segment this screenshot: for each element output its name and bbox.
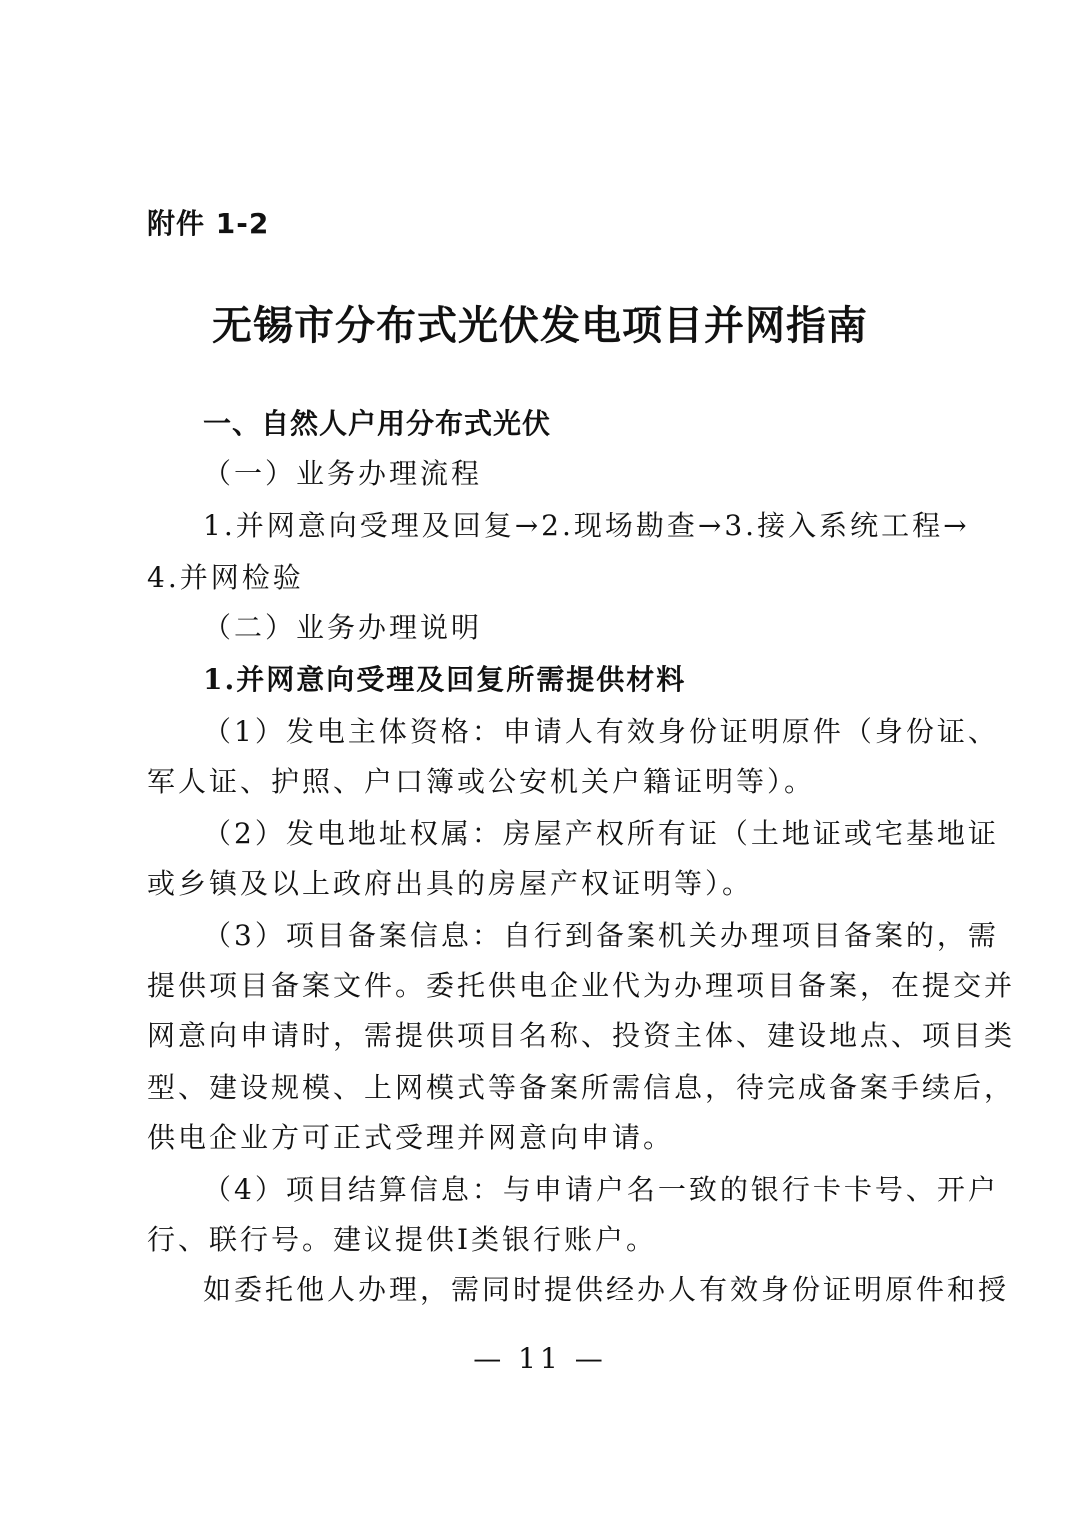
flow-line: 1.并网意向受理及回复→2.现场勘查→3.接入系统工程→ [203, 508, 947, 544]
paragraph-line: 型、建设规模、上网模式等备案所需信息，待完成备案手续后， [147, 1070, 947, 1106]
paragraph-line: 如委托他人办理，需同时提供经办人有效身份证明原件和授 [203, 1272, 947, 1308]
paragraph-line: 或乡镇及以上政府出具的房屋产权证明等）。 [147, 866, 947, 902]
attachment-label: 附件 1-2 [147, 202, 269, 242]
paragraph-line: （3）项目备案信息：自行到备案机关办理项目备案的，需 [203, 918, 947, 954]
paragraph-line: 提供项目备案文件。委托供电企业代为办理项目备案，在提交并 [147, 968, 947, 1004]
item-heading: 1.并网意向受理及回复所需提供材料 [203, 662, 947, 698]
paragraph-line: 供电企业方可正式受理并网意向申请。 [147, 1120, 947, 1156]
paragraph-line: （1）发电主体资格：申请人有效身份证明原件（身份证、 [203, 714, 947, 750]
page-number: — 11 — [0, 1342, 1080, 1375]
flow-line: 4.并网检验 [147, 560, 947, 596]
paragraph-line: 网意向申请时，需提供项目名称、投资主体、建设地点、项目类 [147, 1018, 947, 1054]
paragraph-line: （2）发电地址权属：房屋产权所有证（土地证或宅基地证 [203, 816, 947, 852]
paragraph-line: 军人证、护照、户口簿或公安机关户籍证明等）。 [147, 764, 947, 800]
paragraph-line: （4）项目结算信息：与申请户名一致的银行卡卡号、开户 [203, 1172, 947, 1208]
section-heading: 一、自然人户用分布式光伏 [203, 406, 947, 442]
subsection-heading-description: （二）业务办理说明 [203, 610, 947, 646]
document-page: 附件 1-2 无锡市分布式光伏发电项目并网指南 一、自然人户用分布式光伏 （一）… [0, 0, 1080, 1528]
subsection-heading-process: （一）业务办理流程 [203, 456, 947, 492]
document-title: 无锡市分布式光伏发电项目并网指南 [0, 294, 1080, 351]
paragraph-line: 行、联行号。建议提供I类银行账户。 [147, 1222, 947, 1258]
